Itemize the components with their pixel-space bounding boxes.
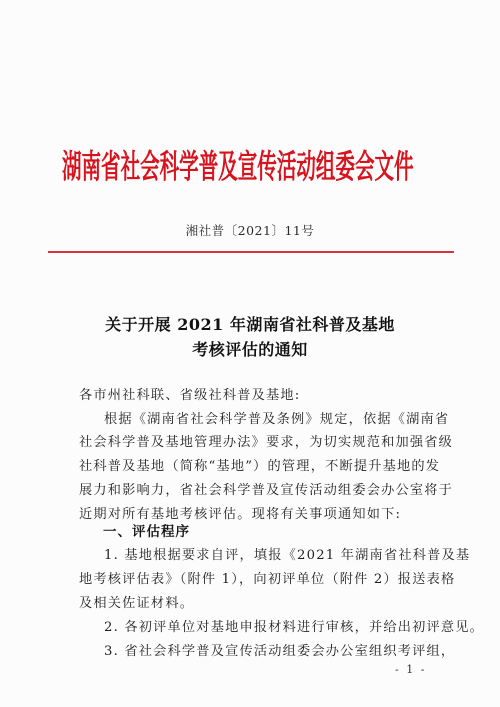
item-1-line-3: 及相关佐证材料。 (79, 595, 429, 613)
document-number: 湘社普〔2021〕11号 (0, 221, 500, 239)
red-divider-line (48, 251, 454, 253)
notice-title-line-1: 关于开展 2021 年湖南省社科普及基地 (0, 312, 500, 335)
paragraph-1-line-3: 社科普及基地（简称“基地”）的管理，不断提升基地的发 (79, 458, 429, 476)
notice-title-line-2: 考核评估的通知 (0, 337, 500, 360)
salutation: 各市州社科联、省级社科普及基地: (79, 387, 429, 405)
paragraph-1-line-4: 展力和影响力，省社会科学普及宣传活动组委会办公室将于 (79, 482, 429, 500)
issuer-header: 湖南省社会科学普及宣传活动组委会文件 (62, 148, 415, 210)
document-page: 湖南省社会科学普及宣传活动组委会文件 湘社普〔2021〕11号 关于开展 202… (0, 0, 500, 707)
item-3: 3. 省社会科学普及宣传活动组委会办公室组织考评组， (104, 643, 454, 661)
item-1-line-1: 1. 基地根据要求自评，填报《2021 年湖南省社科普及基 (104, 547, 454, 565)
page-number: - 1 - (395, 663, 426, 676)
item-1-line-2: 地考核评估表》（附件 1），向初评单位（附件 2）报送表格 (79, 571, 429, 589)
paragraph-1-line-2: 社会科学普及基地管理办法》要求，为切实规范和加强省级 (79, 434, 429, 452)
item-2: 2. 各初评单位对基地申报材料进行审核，并给出初评意见。 (104, 619, 454, 637)
section-heading-evaluation-procedure: 一、评估程序 (103, 520, 190, 540)
paragraph-1-line-1: 根据《湖南省社会科学普及条例》规定，依据《湖南省 (104, 411, 454, 429)
